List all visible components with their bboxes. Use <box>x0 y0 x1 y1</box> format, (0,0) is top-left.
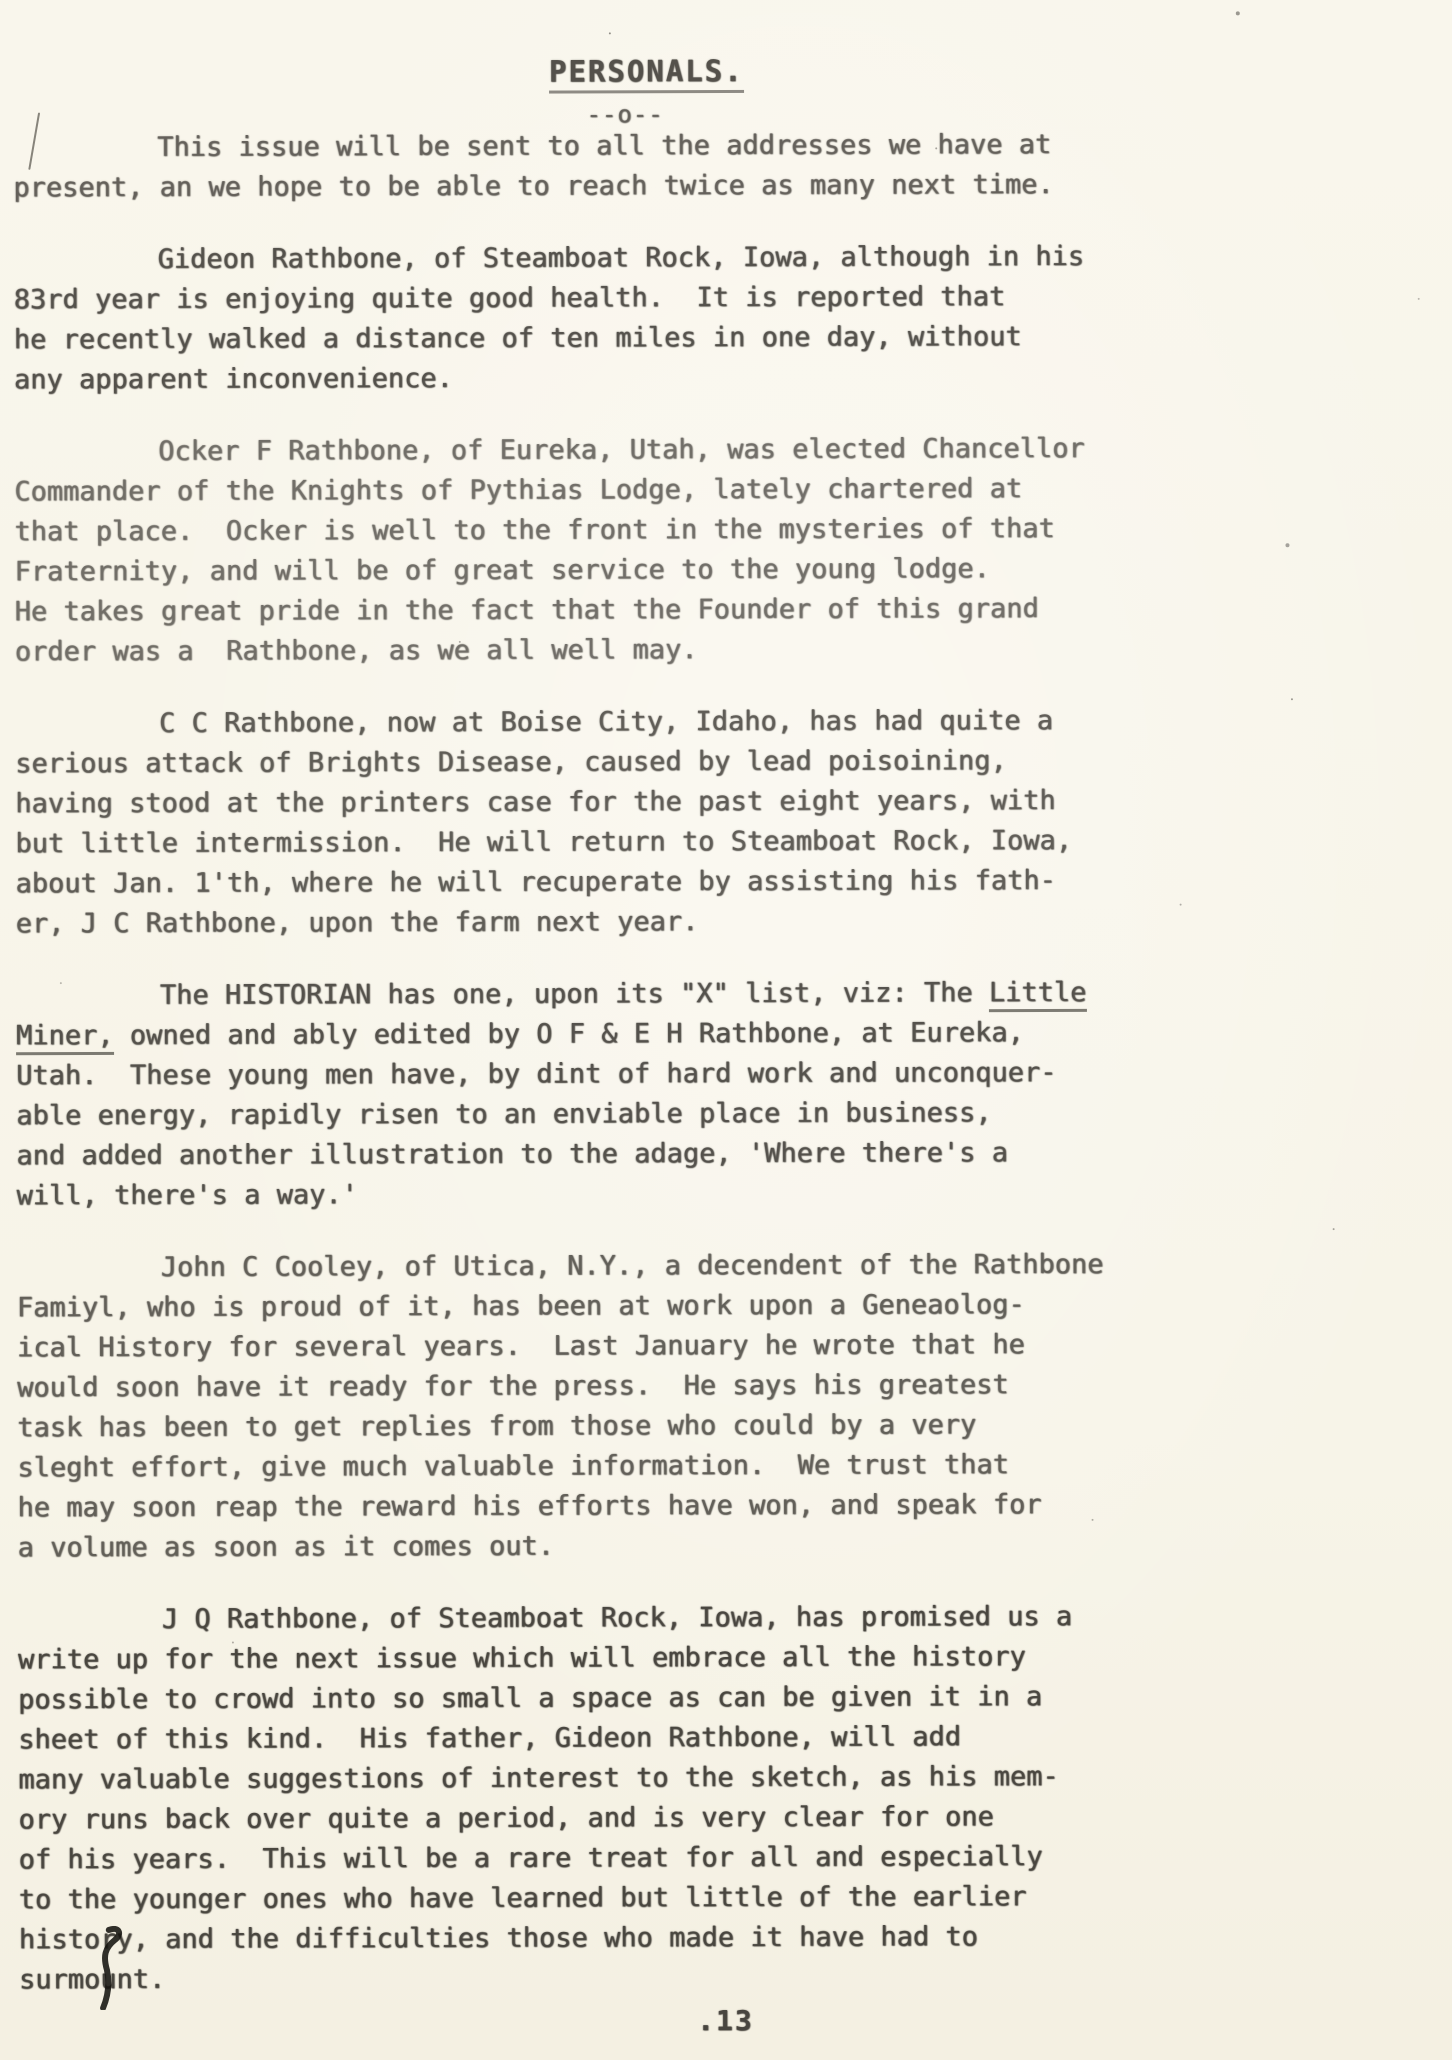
text-line: history, and the difficulties those who … <box>19 1917 1129 1960</box>
text-line: possible to crowd into so small a space … <box>18 1677 1128 1720</box>
paragraph: J Q Rathbone, of Steamboat Rock, Iowa, h… <box>18 1597 1129 2000</box>
text-line: order was a Rathbone, as we all well may… <box>15 629 1125 672</box>
text-line: 83rd year is enjoying quite good health.… <box>14 277 1124 320</box>
text-line: serious attack of Brights Disease, cause… <box>15 741 1125 784</box>
paragraph: Gideon Rathbone, of Steamboat Rock, Iowa… <box>14 237 1124 400</box>
text-line: C C Rathbone, now at Boise City, Idaho, … <box>15 701 1125 744</box>
text-line: Commander of the Knights of Pythias Lodg… <box>14 469 1124 512</box>
text-line: having stood at the printers case for th… <box>15 781 1125 824</box>
text-line: Fraternity, and will be of great service… <box>14 549 1124 592</box>
text-line: a volume as soon as it comes out. <box>18 1525 1128 1568</box>
text-line: This issue will be sent to all the addre… <box>13 125 1123 168</box>
text-line: ory runs back over quite a period, and i… <box>18 1797 1128 1840</box>
text-line: would soon have it ready for the press. … <box>17 1365 1127 1408</box>
text-line: but little intermission. He will return … <box>15 821 1125 864</box>
text-line: to the younger ones who have learned but… <box>19 1877 1129 1920</box>
text-line: of his years. This will be a rare treat … <box>19 1837 1129 1880</box>
underlined-text: Little <box>989 977 1087 1012</box>
text-line: present, an we hope to be able to reach … <box>13 165 1123 208</box>
text-line: ical History for several years. Last Jan… <box>17 1325 1127 1368</box>
text-line: sheet of this kind. His father, Gideon R… <box>18 1717 1128 1760</box>
ink-stroke-mark <box>91 1926 131 2010</box>
scanned-page: { "document": { "title": "PERSONALS.", "… <box>0 0 1452 2060</box>
paragraph: Ocker F Rathbone, of Eureka, Utah, was e… <box>14 429 1125 672</box>
page-title: PERSONALS. <box>549 54 744 94</box>
paragraph: C C Rathbone, now at Boise City, Idaho, … <box>15 701 1126 944</box>
text-line: The HISTORIAN has one, upon its "X" list… <box>16 973 1126 1016</box>
underlined-text: Miner, <box>16 1020 114 1055</box>
title-divider: --o-- <box>565 100 685 128</box>
page-number: .13 <box>697 2004 754 2037</box>
text-line: surmount. <box>19 1957 1129 2000</box>
text-line: Famiyl, who is proud of it, has been at … <box>17 1285 1127 1328</box>
text-line: Utah. These young men have, by dint of h… <box>16 1053 1126 1096</box>
text-line: he recently walked a distance of ten mil… <box>14 317 1124 360</box>
text-line: Gideon Rathbone, of Steamboat Rock, Iowa… <box>14 237 1124 280</box>
text-line: He takes great pride in the fact that th… <box>15 589 1125 632</box>
text-line: write up for the next issue which will e… <box>18 1637 1128 1680</box>
text-line: Miner, owned and ably edited by O F & E … <box>16 1013 1126 1056</box>
text-line: sleght effort, give much valuable inform… <box>17 1445 1127 1488</box>
text-line: will, there's a way.' <box>16 1173 1126 1216</box>
text-line: and added another illustration to the ad… <box>16 1133 1126 1176</box>
text-line: task has been to get replies from those … <box>17 1405 1127 1448</box>
text-line: John C Cooley, of Utica, N.Y., a decende… <box>17 1245 1127 1288</box>
text-line: Ocker F Rathbone, of Eureka, Utah, was e… <box>14 429 1124 472</box>
text-line: many valuable suggestions of interest to… <box>18 1757 1128 1800</box>
page-sheet: PERSONALS. --o-- This issue will be sent… <box>0 0 1452 2060</box>
paragraph: John C Cooley, of Utica, N.Y., a decende… <box>17 1245 1128 1568</box>
text-line: he may soon reap the reward his efforts … <box>17 1485 1127 1528</box>
text-line: about Jan. 1'th, where he will recuperat… <box>15 861 1125 904</box>
text-line: er, J C Rathbone, upon the farm next yea… <box>16 901 1126 944</box>
text-line: that place. Ocker is well to the front i… <box>14 509 1124 552</box>
text-line: able energy, rapidly risen to an enviabl… <box>16 1093 1126 1136</box>
text-line: any apparent inconvenience. <box>14 357 1124 400</box>
document-body: This issue will be sent to all the addre… <box>13 125 1129 2032</box>
paragraph: This issue will be sent to all the addre… <box>13 125 1123 208</box>
text-line: J Q Rathbone, of Steamboat Rock, Iowa, h… <box>18 1597 1128 1640</box>
paragraph: The HISTORIAN has one, upon its "X" list… <box>16 973 1127 1216</box>
